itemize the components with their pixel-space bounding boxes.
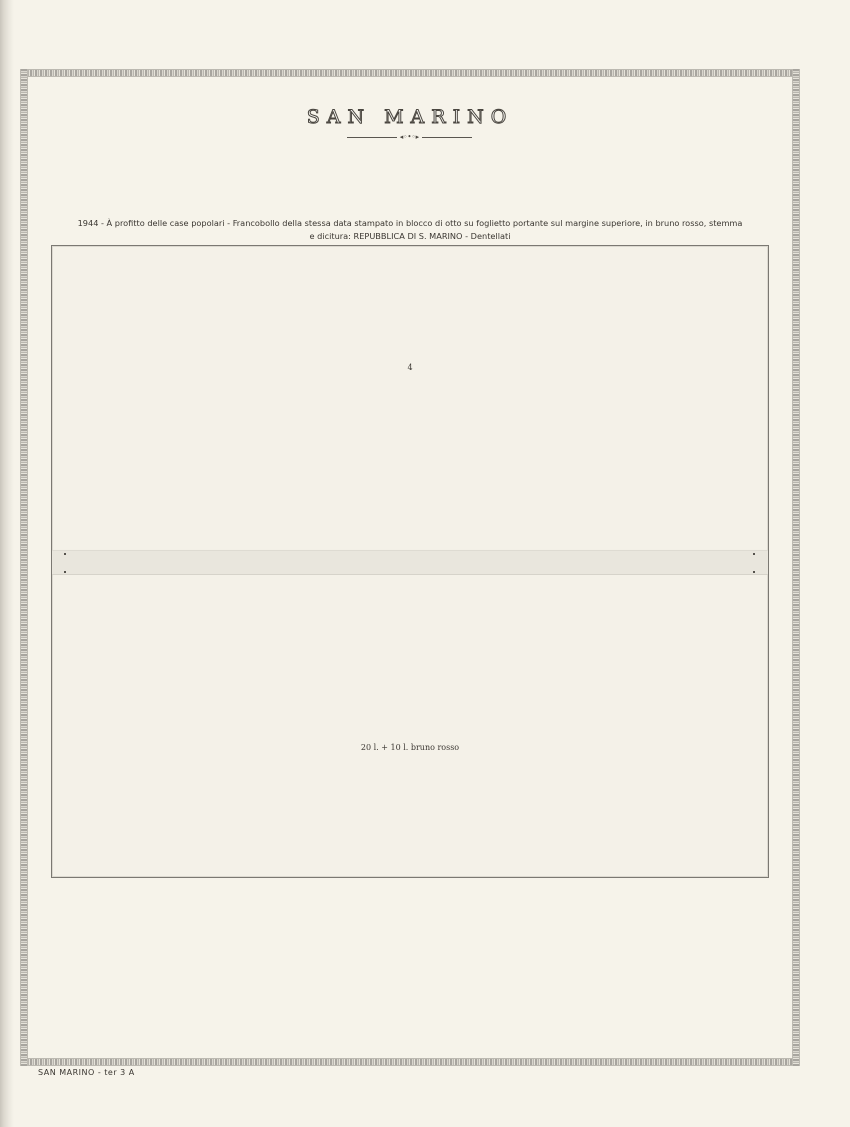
strip-marker-dot: [753, 571, 755, 573]
title-ornament: ◂◦•◦▸: [347, 135, 472, 140]
description-line-1: 1944 - À profitto delle case popolari - …: [60, 217, 760, 230]
ornament-line-right: [422, 137, 472, 138]
binding-edge: [0, 0, 14, 1127]
page-title: SAN MARINO: [0, 106, 820, 128]
page-frame-top: [20, 69, 798, 77]
page-frame-bottom: [20, 1058, 798, 1066]
mount-pocket-bottom[interactable]: 20 l. + 10 l. bruno rosso: [53, 575, 767, 876]
stamp-mount[interactable]: 4 20 l. + 10 l. bruno rosso: [51, 245, 769, 878]
mount-divider-strip: [52, 550, 768, 575]
strip-marker-dot: [64, 571, 66, 573]
mount-pocket-top[interactable]: 4: [53, 247, 767, 549]
page-frame-right: [792, 69, 800, 1066]
strip-marker-dot: [753, 553, 755, 555]
page-frame-left: [20, 69, 28, 1066]
ornament-line-left: [347, 137, 397, 138]
stamp-value-label: 20 l. + 10 l. bruno rosso: [53, 743, 767, 752]
ornament-glyph: ◂◦•◦▸: [397, 131, 422, 143]
issue-description: 1944 - À profitto delle case popolari - …: [60, 217, 760, 243]
page-footer: SAN MARINO - ter 3 A: [38, 1068, 135, 1077]
description-line-2: e dicitura: REPUBBLICA DI S. MARINO - De…: [60, 230, 760, 243]
catalog-number: 4: [53, 363, 767, 372]
strip-marker-dot: [64, 553, 66, 555]
